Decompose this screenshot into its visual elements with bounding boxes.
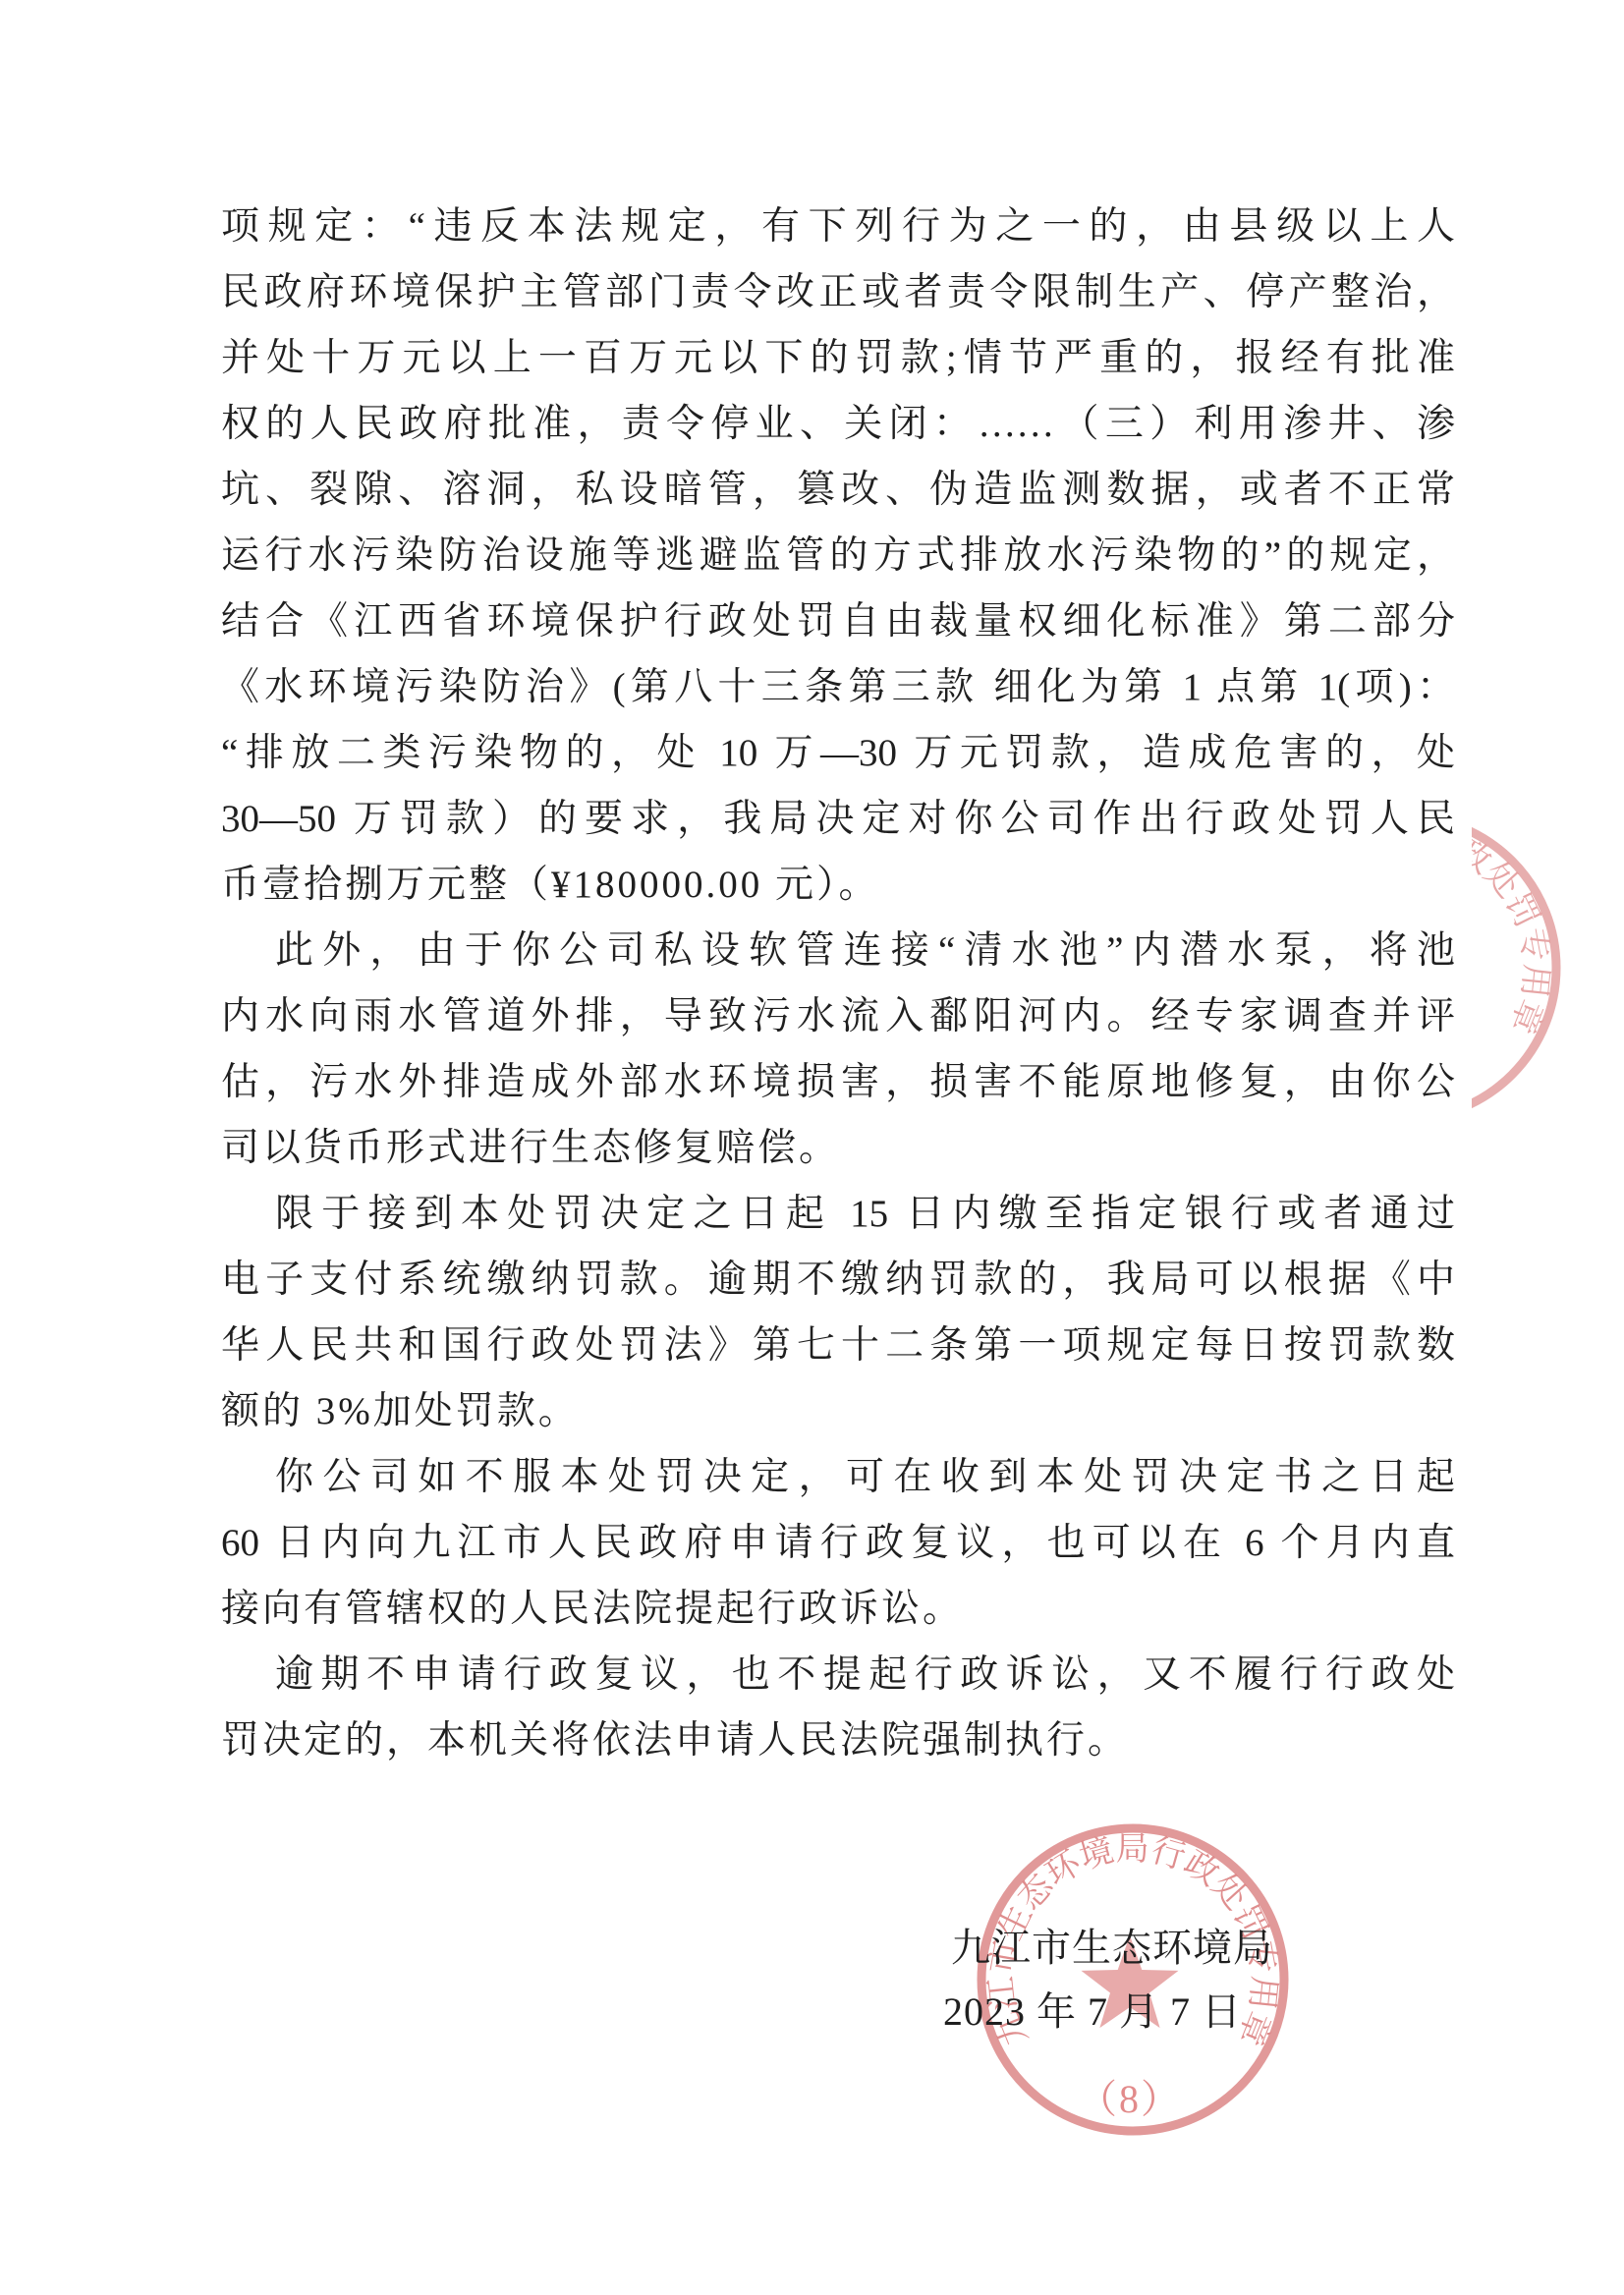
- body-line: 坑、裂隙、溶洞，私设暗管，篡改、伪造监测数据，或者不正常: [221, 457, 1455, 523]
- document-body: 项规定：“违反本法规定，有下列行为之一的，由县级以上人 民政府环境保护主管部门责…: [221, 194, 1455, 1773]
- body-line: 项规定：“违反本法规定，有下列行为之一的，由县级以上人: [221, 194, 1455, 259]
- body-line: 币壹拾捌万元整（¥180000.00 元）。: [221, 852, 1455, 918]
- body-line: 罚决定的，本机关将依法申请人民法院强制执行。: [221, 1707, 1455, 1773]
- body-line: 30—50 万罚款）的要求，我局决定对你公司作出行政处罚人民: [221, 786, 1455, 852]
- body-line: 司以货币形式进行生态修复赔偿。: [221, 1115, 1455, 1181]
- body-line: 民政府环境保护主管部门责令改正或者责令限制生产、停产整治，: [221, 259, 1455, 325]
- body-line: 《水环境污染防治》(第八十三条第三款 细化为第 1 点第 1(项)：: [221, 654, 1455, 720]
- body-line: 估，污水外排造成外部水环境损害，损害不能原地修复，由你公: [221, 1049, 1455, 1115]
- signature-agency: 九江市生态环境局: [951, 1917, 1273, 1973]
- body-line: 运行水污染防治设施等逃避监管的方式排放水污染物的”的规定，: [221, 523, 1455, 588]
- body-line: 电子支付系统缴纳罚款。逾期不缴纳罚款的，我局可以根据《中: [221, 1247, 1455, 1313]
- body-line: “排放二类污染物的，处 10 万—30 万元罚款，造成危害的，处: [221, 720, 1455, 786]
- signature-date: 2023 年 7 月 7 日: [943, 1981, 1242, 2037]
- body-line: 结合《江西省环境保护行政处罚自由裁量权细化标准》第二部分: [221, 588, 1455, 654]
- body-line: 60 日内向九江市人民政府申请行政复议，也可以在 6 个月内直: [221, 1510, 1455, 1576]
- seal-page-number: （8）: [1078, 2077, 1182, 2121]
- body-line: 你公司如不服本处罚决定，可在收到本处罚决定书之日起: [221, 1444, 1455, 1510]
- body-line: 逾期不申请行政复议，也不提起行政诉讼，又不履行行政处: [221, 1642, 1455, 1707]
- body-line: 限于接到本处罚决定之日起 15 日内缴至指定银行或者通过: [221, 1181, 1455, 1247]
- body-line: 内水向雨水管道外排，导致污水流入鄱阳河内。经专家调查并评: [221, 983, 1455, 1049]
- body-line: 额的 3%加处罚款。: [221, 1378, 1455, 1444]
- document-page: 项规定：“违反本法规定，有下列行为之一的，由县级以上人 民政府环境保护主管部门责…: [0, 0, 1624, 2295]
- body-line: 接向有管辖权的人民法院提起行政诉讼。: [221, 1576, 1455, 1642]
- body-line: 此外，由于你公司私设软管连接“清水池”内潜水泵，将池: [221, 918, 1455, 983]
- official-seal: 九江市生态环境局行政处罚专用章 （8）: [966, 1813, 1300, 2147]
- body-line: 华人民共和国行政处罚法》第七十二条第一项规定每日按罚款数: [221, 1313, 1455, 1378]
- body-line: 权的人民政府批准，责令停业、关闭：……（三）利用渗井、渗: [221, 391, 1455, 457]
- body-line: 并处十万元以上一百万元以下的罚款;情节严重的，报经有批准: [221, 325, 1455, 391]
